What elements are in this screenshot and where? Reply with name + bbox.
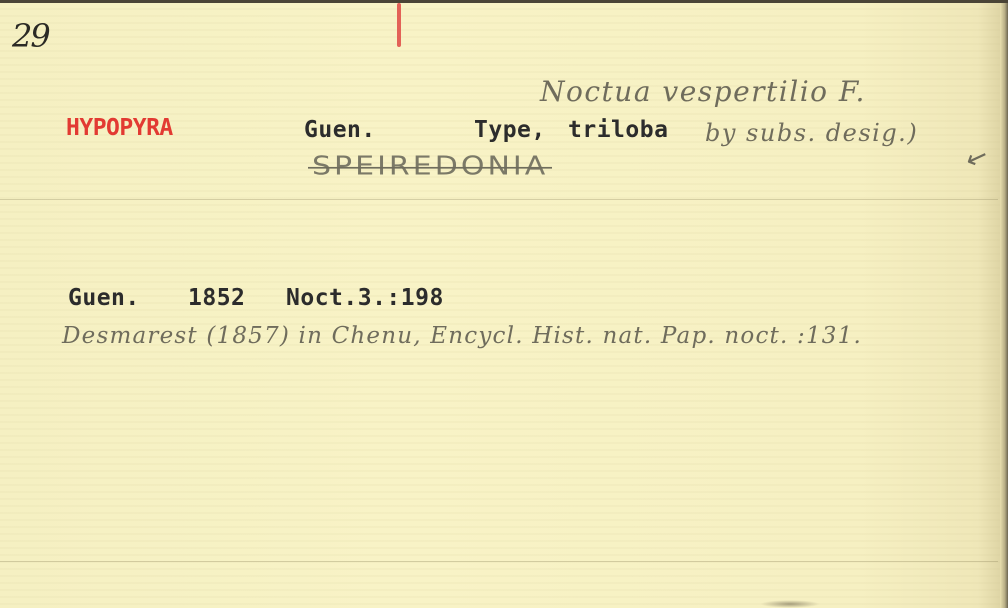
down-arrow-icon: ↙ xyxy=(962,140,993,176)
card-edge xyxy=(1000,3,1008,608)
type-label: Type, xyxy=(474,117,546,143)
handwritten-designation: by subs. desig.) xyxy=(705,119,918,147)
genus-author: Guen. xyxy=(304,117,376,143)
index-card: 29 HYPOPYRA Guen. Type, triloba Noctua v… xyxy=(0,0,1008,608)
card-smudge xyxy=(760,600,820,608)
corner-number: 29 xyxy=(12,17,49,55)
handwritten-citation: Desmarest (1857) in Chenu, Encycl. Hist.… xyxy=(62,323,862,349)
genus-name: HYPOPYRA xyxy=(66,115,173,141)
citation-reference: Noct.3.:198 xyxy=(286,285,444,311)
red-margin-mark xyxy=(397,3,401,47)
type-species: triloba xyxy=(568,117,668,143)
card-ruling-line xyxy=(0,199,998,200)
card-ruling-line xyxy=(0,561,998,562)
citation-year: 1852 xyxy=(188,285,245,311)
citation-author: Guen. xyxy=(68,285,140,311)
struck-synonym: SPEIREDONIA xyxy=(312,152,548,182)
handwritten-type-correction: Noctua vespertilio F. xyxy=(540,75,866,108)
